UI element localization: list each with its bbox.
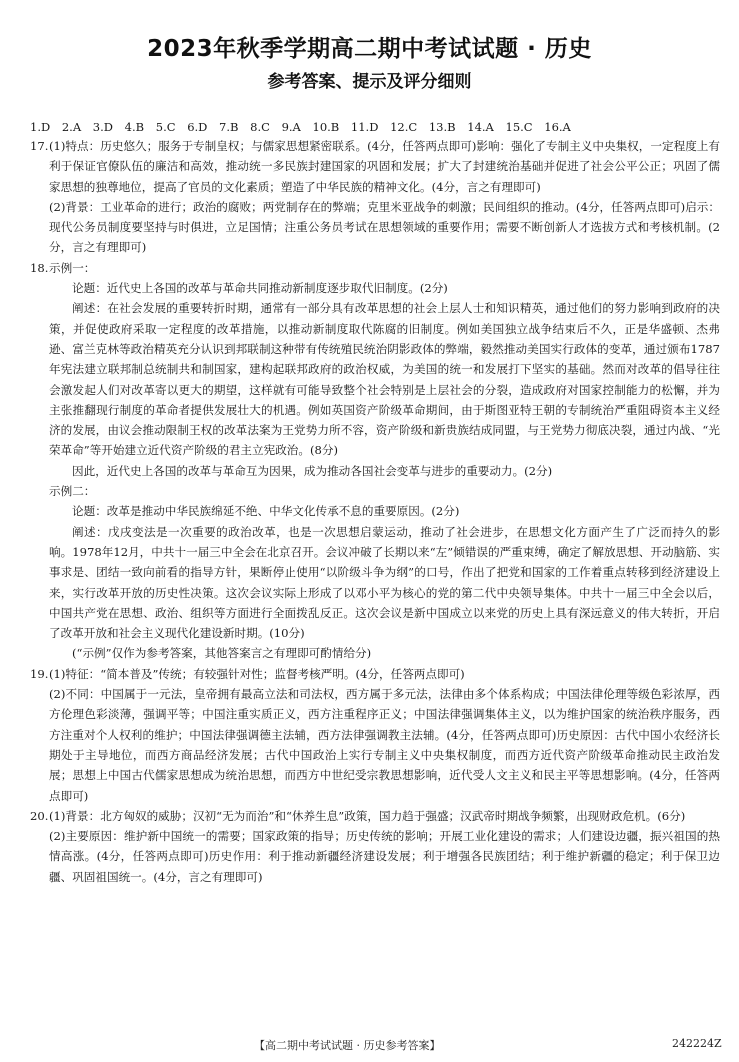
example-note: (“示例”仅作为参考答案，其他答案言之有理即可酌情给分) [49, 643, 720, 663]
mc-answer: 1.D [30, 120, 50, 134]
q17-part2: (2)背景：工业革命的进行；政治的腐败；两党制存在的弊端；克里米亚战争的刺激；民… [49, 197, 720, 258]
q17-part1: (1)特点：历史悠久；服务于专制皇权；与儒家思想紧密联系。(4分，任答两点即可)… [49, 136, 720, 197]
question-number: 19. [30, 664, 48, 684]
mc-answer: 8.C [250, 120, 270, 134]
page-subtitle: 参考答案、提示及评分细则 [0, 67, 739, 92]
multiple-choice-answers: 1.D 2.A 3.D 4.B 5.C 6.D 7.B 8.C 9.A 10.B… [30, 120, 720, 134]
example1-label: 示例一： [49, 258, 720, 278]
q19-part2: (2)不同：中国属于一元法，皇帝拥有最高立法和司法权，西方属于多元法，法律由多个… [49, 684, 720, 806]
example1-body: 阐述：在社会发展的重要转折时期，通常有一部分具有改革思想的社会上层人士和知识精英… [49, 298, 720, 460]
answer-key-page: 2023年秋季学期高二期中考试试题 · 历史 参考答案、提示及评分细则 1.D … [0, 0, 739, 1062]
question-number: 17. [30, 136, 48, 156]
question-number: 20. [30, 806, 48, 826]
page-title: 2023年秋季学期高二期中考试试题 · 历史 [0, 30, 739, 63]
answer-body: 17. (1)特点：历史悠久；服务于专制皇权；与儒家思想紧密联系。(4分，任答两… [30, 136, 720, 887]
q20-part1: (1)背景：北方匈奴的威胁；汉初“无为而治”和“休养生息”政策，国力趋于强盛；汉… [49, 806, 720, 826]
example2-body: 阐述：戊戌变法是一次重要的政治改革，也是一次思想启蒙运动，推动了社会进步，在思想… [49, 522, 720, 644]
example2-thesis: 论题：改革是推动中华民族绵延不绝、中华文化传承不息的重要原因。(2分) [49, 501, 720, 521]
mc-answer: 10.B [313, 120, 340, 134]
mc-answer: 12.C [390, 120, 417, 134]
mc-answer: 13.B [429, 120, 456, 134]
question-17: 17. (1)特点：历史悠久；服务于专制皇权；与儒家思想紧密联系。(4分，任答两… [30, 136, 720, 258]
question-number: 18. [30, 258, 48, 278]
mc-answer: 2.A [62, 120, 81, 134]
question-18: 18. 示例一： 论题：近代史上各国的改革与革命共同推动新制度逐步取代旧制度。(… [30, 258, 720, 664]
mc-answer: 9.A [282, 120, 301, 134]
mc-answer: 14.A [467, 120, 494, 134]
example1-thesis: 论题：近代史上各国的改革与革命共同推动新制度逐步取代旧制度。(2分) [49, 278, 720, 298]
question-20: 20. (1)背景：北方匈奴的威胁；汉初“无为而治”和“休养生息”政策，国力趋于… [30, 806, 720, 887]
footer-title: 【高二期中考试试题 · 历史参考答案】 [254, 1037, 441, 1053]
mc-answer: 16.A [544, 120, 571, 134]
example1-conclusion: 因此，近代史上各国的改革与革命互为因果，成为推动各国社会变革与进步的重要动力。(… [49, 461, 720, 481]
mc-answer: 7.B [219, 120, 238, 134]
mc-answer: 6.D [187, 120, 207, 134]
mc-answer: 4.B [125, 120, 144, 134]
mc-answer: 3.D [93, 120, 113, 134]
example2-label: 示例二： [49, 481, 720, 501]
q20-part2: (2)主要原因：维护新中国统一的需要；国家政策的指导；历史传统的影响；开展工业化… [49, 826, 720, 887]
footer-code: 242224Z [672, 1037, 722, 1050]
mc-answer: 15.C [506, 120, 533, 134]
q19-part1: (1)特征：“简本普及”传统；有较强针对性；监督考核严明。(4分，任答两点即可) [49, 664, 720, 684]
question-19: 19. (1)特征：“简本普及”传统；有较强针对性；监督考核严明。(4分，任答两… [30, 664, 720, 806]
mc-answer: 5.C [156, 120, 176, 134]
mc-answer: 11.D [351, 120, 379, 134]
